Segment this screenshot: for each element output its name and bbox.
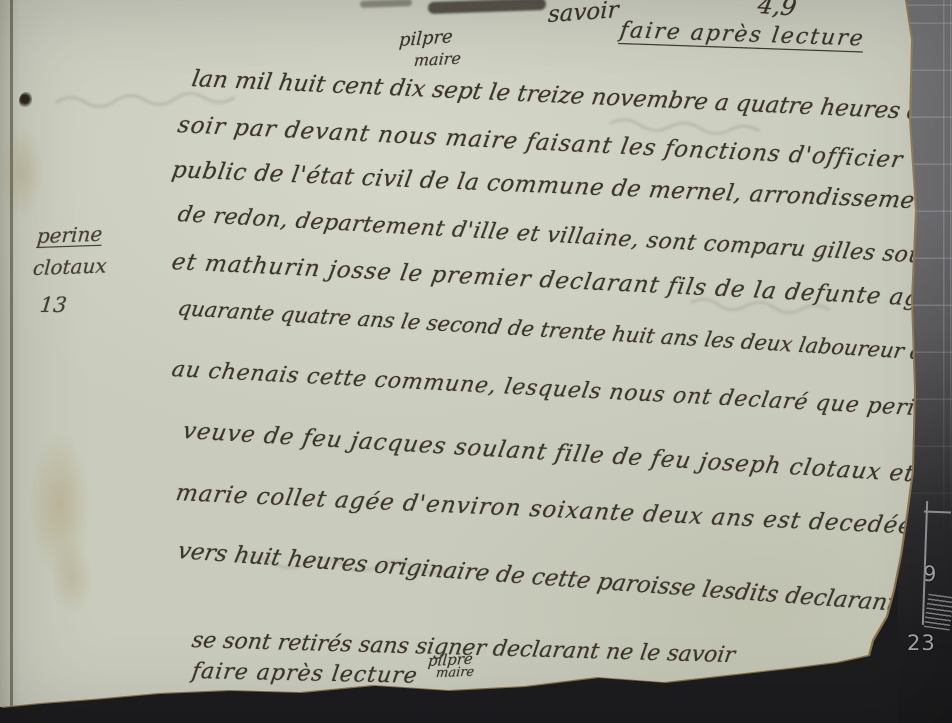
margin-name-line1: perine — [36, 222, 103, 248]
paper-stain — [50, 540, 94, 616]
manuscript-line: lan mil huit cent dix sept le treize nov… — [190, 66, 939, 126]
ruler-fine-ticks — [924, 593, 952, 630]
paper-stain — [0, 125, 44, 220]
signature-top-name: pilpre — [398, 26, 453, 51]
manuscript-line: veuve de feu jacques soulant fille de fe… — [181, 418, 952, 490]
manuscript-line: marie collet agée d'environ soixante deu… — [174, 480, 924, 540]
ink-smudge — [360, 0, 412, 8]
ink-blot — [19, 92, 32, 108]
corner-fragment: 4,9 — [756, 0, 799, 22]
signature-top-title: maire — [413, 48, 462, 70]
margin-name-line2: clotaux — [32, 253, 107, 280]
manuscript-line: au chenais cette commune, lesquels nous … — [170, 357, 952, 427]
manuscript-line: vers huit heures originaire de cette par… — [175, 538, 910, 617]
binding-fold-line — [10, 0, 13, 723]
ruler-label-upper: 9 — [923, 562, 937, 586]
ruler-label-lower: 23 — [907, 631, 936, 655]
paper-page: savoir 4,9 pilpre maire faire après lect… — [0, 0, 952, 723]
prev-record-fragment: savoir — [548, 0, 619, 28]
ink-smudge — [428, 0, 546, 14]
manuscript-photo: 9 23 savoir 4,9 pilpre maire faire après… — [0, 0, 952, 723]
signature-bottom-title: maire — [435, 665, 475, 681]
closing-line-bottom: faire après lecture — [190, 659, 419, 689]
closing-note-top: faire après lecture — [618, 18, 866, 51]
margin-record-number: 13 — [39, 293, 68, 317]
